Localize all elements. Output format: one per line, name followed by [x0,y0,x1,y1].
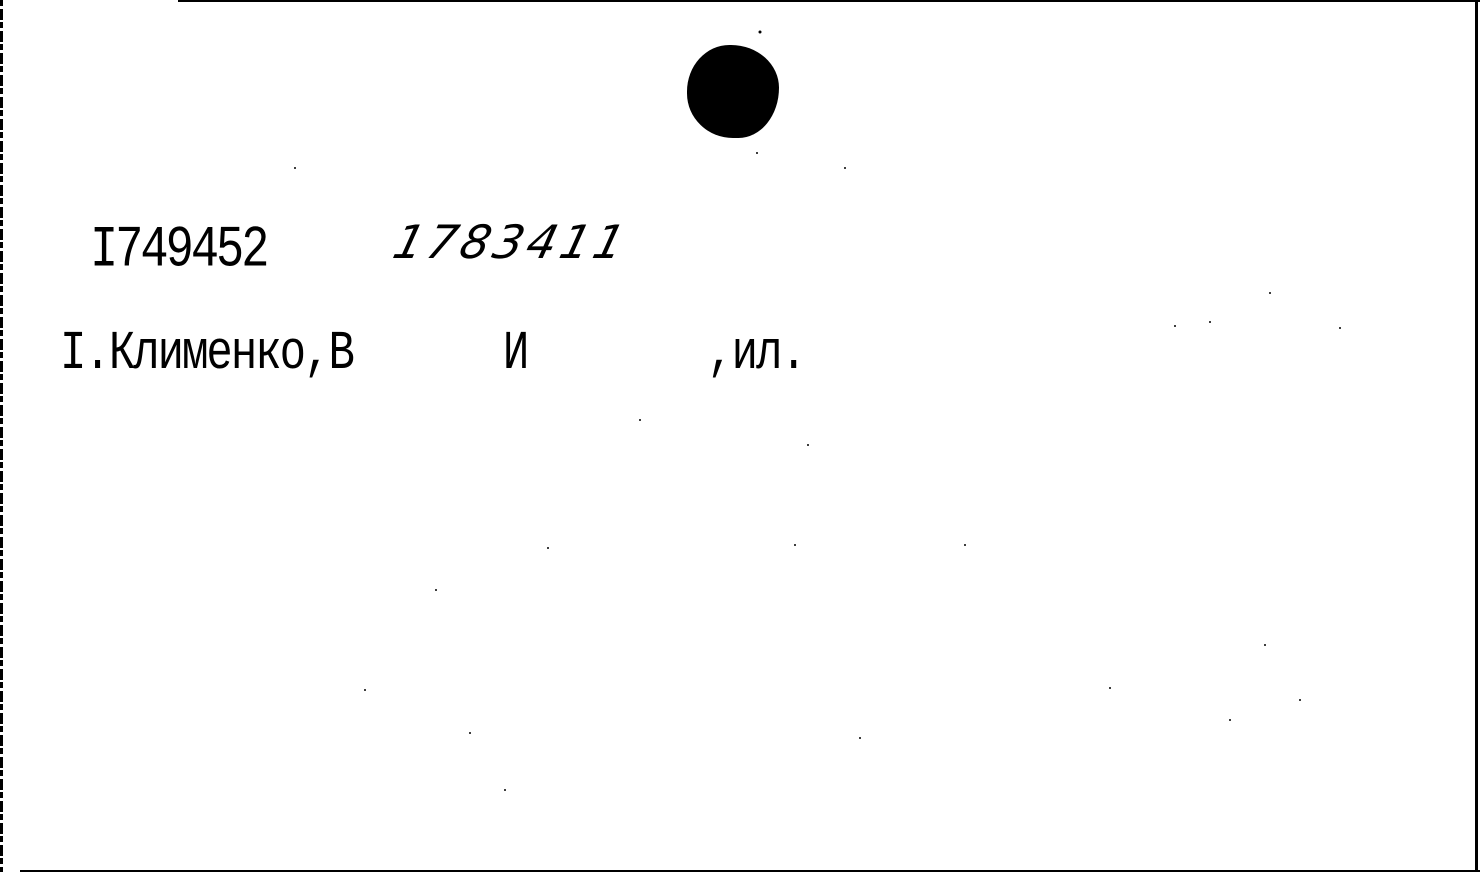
card-border-top [178,0,1480,2]
entry-index: I. [60,323,109,386]
author-patronymic-initial: И [503,323,527,386]
card-border-right [1475,0,1478,870]
punch-hole-icon [687,45,779,138]
author-surname: Клименко,В [109,323,353,386]
entry-suffix: ,ил. [707,323,805,386]
catalog-card: I749452 1783411 I.Клименко,ВИ,ил. [0,0,1480,872]
author-entry-line: I.Клименко,ВИ,ил. [60,323,805,386]
inventory-number-handwritten: 1783411 [388,215,634,269]
inventory-number-typed: I749452 [90,218,266,284]
card-border-left [0,0,3,872]
